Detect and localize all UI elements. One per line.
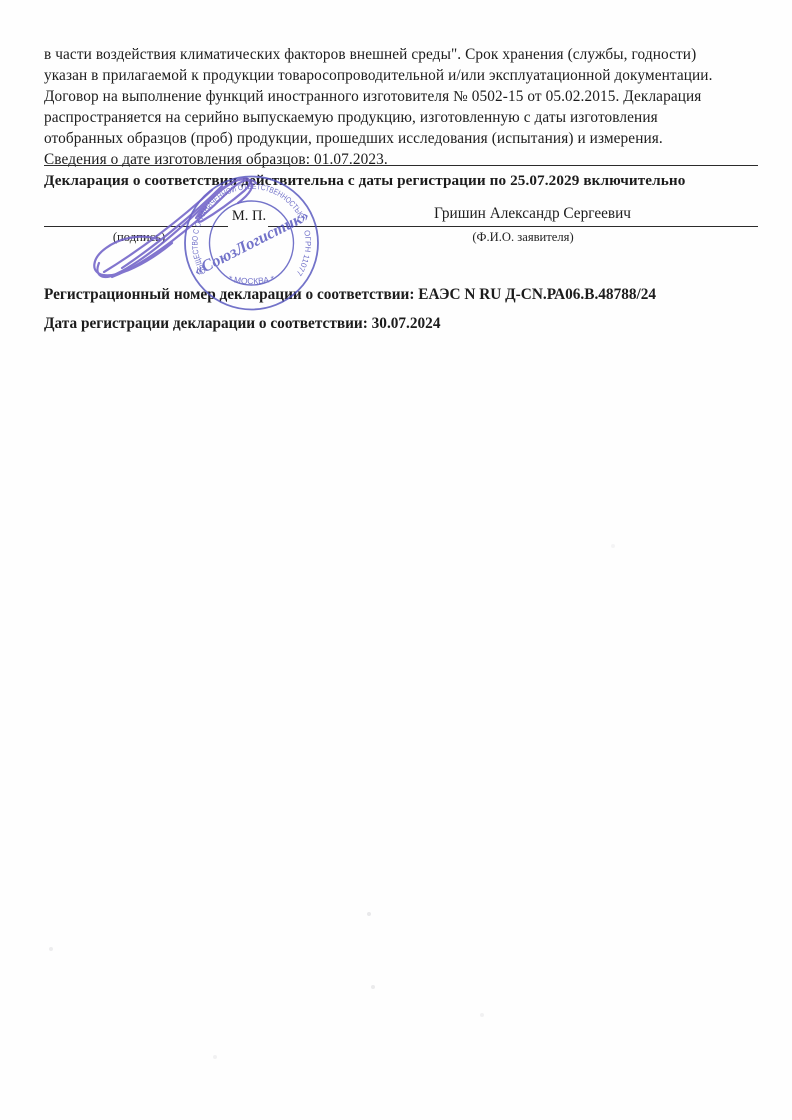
validity-statement: Декларация о соответствии действительна … [44,172,764,190]
handwritten-signature-icon [94,178,256,277]
paragraph-line: распространяется на серийно выпускаемую … [44,107,744,128]
paragraph-line: Договор на выполнение функций иностранно… [44,86,744,107]
signature-line-left [44,226,228,227]
paragraph-line-samples-date: Сведения о дате изготовления образцов: 0… [44,149,744,170]
registration-date-line: Дата регистрации декларации о соответств… [44,315,784,333]
svg-text:ОБЩЕСТВО С ОГРАНИЧЕННОЙ ОТВЕТС: ОБЩЕСТВО С ОГРАНИЧЕННОЙ ОТВЕТСТВЕННОСТЬЮ [190,182,306,276]
signature-caption: (подпись) [64,230,214,245]
horizontal-rule [44,165,758,166]
declaration-paragraph: в части воздействия климатических фактор… [44,44,744,170]
stamp-ring-text: ОБЩЕСТВО С ОГРАНИЧЕННОЙ ОТВЕТСТВЕННОСТЬЮ [190,182,306,276]
registration-number-line: Регистрационный номер декларации о соотв… [44,286,784,304]
scan-noise-specks [0,0,2,2]
applicant-caption: (Ф.И.О. заявителя) [398,230,648,245]
paragraph-line: отобранных образцов (проб) продукции, пр… [44,128,744,149]
scanned-declaration-page: в части воздействия климатических фактор… [0,0,792,1120]
applicant-name: Гришин Александр Сергеевич [400,205,665,223]
paragraph-line: указан в прилагаемой к продукции товарос… [44,65,744,86]
stamp-place-label: М. П. [229,208,269,225]
stamp-city-text: * МОСКВА * [228,273,276,286]
svg-text:* МОСКВА *: * МОСКВА * [228,273,276,286]
paragraph-line: в части воздействия климатических фактор… [44,44,744,65]
signature-line-right [268,226,758,227]
